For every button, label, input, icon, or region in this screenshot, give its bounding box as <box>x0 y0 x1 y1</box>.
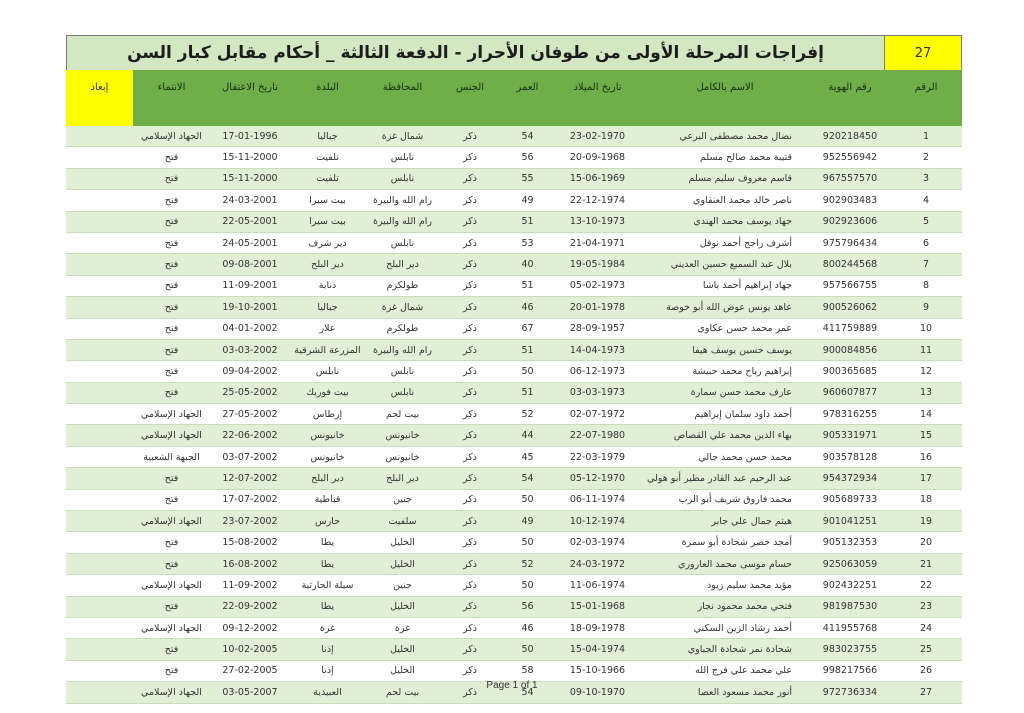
id-number-cell: 957566755 <box>810 275 890 296</box>
id-number-cell: 902903483 <box>810 190 890 211</box>
row-number-cell: 23 <box>890 596 962 617</box>
deport-cell <box>66 275 133 296</box>
row-number-cell: 25 <box>890 639 962 660</box>
gender-cell: ذكر <box>440 553 500 574</box>
town-cell: جباليا <box>290 297 365 318</box>
age-cell: 51 <box>500 339 555 360</box>
gender-cell: ذكر <box>440 382 500 403</box>
row-number-cell: 6 <box>890 232 962 253</box>
id-number-cell: 411759889 <box>810 318 890 339</box>
col-arrest-date: تاريخ الاعتقال <box>210 70 290 126</box>
id-number-cell: 998217566 <box>810 660 890 681</box>
gender-cell: ذكر <box>440 361 500 382</box>
deport-cell <box>66 639 133 660</box>
governorate-cell: الخليل <box>365 553 440 574</box>
full-name-cell: مؤيد محمد سليم زيود <box>640 575 810 596</box>
town-cell: علار <box>290 318 365 339</box>
full-name-cell: هيثم جمال علي جابر <box>640 511 810 532</box>
gender-cell: ذكر <box>440 275 500 296</box>
deport-cell <box>66 660 133 681</box>
arrest-date-cell: 09-04-2002 <box>210 361 290 382</box>
gender-cell: ذكر <box>440 596 500 617</box>
town-cell: سيلة الحارثية <box>290 575 365 596</box>
age-cell: 46 <box>500 297 555 318</box>
full-name-cell: جهاد يوسف محمد الهندي <box>640 211 810 232</box>
id-number-cell: 905331971 <box>810 425 890 446</box>
table-row: فتح04-01-2002علارطولكرمذكر6728-09-1957عم… <box>66 318 962 339</box>
row-number-cell: 24 <box>890 617 962 638</box>
full-name-cell: محمد حسن محمد جالي <box>640 446 810 467</box>
gender-cell: ذكر <box>440 660 500 681</box>
affiliation-cell: فتح <box>133 468 210 489</box>
full-name-cell: حسام موسى محمد العاروري <box>640 553 810 574</box>
age-cell: 56 <box>500 596 555 617</box>
deport-cell <box>66 254 133 275</box>
age-cell: 54 <box>500 468 555 489</box>
row-number-cell: 22 <box>890 575 962 596</box>
id-number-cell: 800244568 <box>810 254 890 275</box>
arrest-date-cell: 04-01-2002 <box>210 318 290 339</box>
id-number-cell: 975796434 <box>810 232 890 253</box>
birth-date-cell: 15-04-1974 <box>555 639 640 660</box>
birth-date-cell: 15-10-1966 <box>555 660 640 681</box>
affiliation-cell: فتح <box>133 318 210 339</box>
full-name-cell: محمد فاروق شريف أبو الرب <box>640 489 810 510</box>
row-number-cell: 8 <box>890 275 962 296</box>
affiliation-cell: فتح <box>133 254 210 275</box>
age-cell: 52 <box>500 553 555 574</box>
deport-cell <box>66 361 133 382</box>
town-cell: بيت سيرا <box>290 190 365 211</box>
birth-date-cell: 15-01-1968 <box>555 596 640 617</box>
age-cell: 49 <box>500 190 555 211</box>
full-name-cell: فتحي محمد محمود نجار <box>640 596 810 617</box>
affiliation-cell: فتح <box>133 596 210 617</box>
arrest-date-cell: 22-05-2001 <box>210 211 290 232</box>
arrest-date-cell: 17-01-1996 <box>210 126 290 147</box>
town-cell: المزرعة الشرقية <box>290 339 365 360</box>
gender-cell: ذكر <box>440 126 500 147</box>
age-cell: 56 <box>500 147 555 168</box>
id-number-cell: 920218450 <box>810 126 890 147</box>
table-row: فتح09-08-2001دير البلحدير البلحذكر4019-0… <box>66 254 962 275</box>
birth-date-cell: 02-03-1974 <box>555 532 640 553</box>
id-number-cell: 903578128 <box>810 446 890 467</box>
deport-cell <box>66 297 133 318</box>
row-number-cell: 13 <box>890 382 962 403</box>
col-gender: الجنس <box>440 70 500 126</box>
affiliation-cell: فتح <box>133 553 210 574</box>
gender-cell: ذكر <box>440 318 500 339</box>
table-row: فتح15-11-2000تلفيتنابلسذكر5515-06-1969قا… <box>66 168 962 189</box>
deport-cell <box>66 190 133 211</box>
id-number-cell: 902923606 <box>810 211 890 232</box>
affiliation-cell: فتح <box>133 190 210 211</box>
town-cell: خانيونس <box>290 425 365 446</box>
deport-cell <box>66 126 133 147</box>
age-cell: 51 <box>500 275 555 296</box>
governorate-cell: خانيونس <box>365 425 440 446</box>
birth-date-cell: 19-05-1984 <box>555 254 640 275</box>
table-row: فتح27-02-2005إذناالخليلذكر5815-10-1966عل… <box>66 660 962 681</box>
arrest-date-cell: 09-08-2001 <box>210 254 290 275</box>
table-row: فتح15-11-2000تلفيتنابلسذكر5620-09-1968قت… <box>66 147 962 168</box>
governorate-cell: رام الله والبيرة <box>365 339 440 360</box>
affiliation-cell: الجبهة الشعبية <box>133 446 210 467</box>
gender-cell: ذكر <box>440 404 500 425</box>
deport-cell <box>66 211 133 232</box>
id-number-cell: 925063059 <box>810 553 890 574</box>
town-cell: تلفيت <box>290 147 365 168</box>
town-cell: قباطية <box>290 489 365 510</box>
col-deport: إبعاد <box>66 70 133 126</box>
table-row: الجهاد الإسلامي11-09-2002سيلة الحارثيةجن… <box>66 575 962 596</box>
town-cell: بيت سيرا <box>290 211 365 232</box>
affiliation-cell: الجهاد الإسلامي <box>133 511 210 532</box>
governorate-cell: جنين <box>365 575 440 596</box>
gender-cell: ذكر <box>440 339 500 360</box>
governorate-cell: نابلس <box>365 232 440 253</box>
town-cell: يطا <box>290 553 365 574</box>
id-number-cell: 902432251 <box>810 575 890 596</box>
birth-date-cell: 22-12-1974 <box>555 190 640 211</box>
town-cell: دير شرف <box>290 232 365 253</box>
full-name-cell: جهاد إبراهيم أحمد باشا <box>640 275 810 296</box>
deport-cell <box>66 318 133 339</box>
full-name-cell: نضال محمد مصطفى البرعي <box>640 126 810 147</box>
governorate-cell: الخليل <box>365 639 440 660</box>
id-number-cell: 954372934 <box>810 468 890 489</box>
table-row: فتح10-02-2005إذناالخليلذكر5015-04-1974شح… <box>66 639 962 660</box>
affiliation-cell: فتح <box>133 211 210 232</box>
gender-cell: ذكر <box>440 254 500 275</box>
table-row: الجبهة الشعبية03-07-2002خانيونسخانيونسذك… <box>66 446 962 467</box>
full-name-cell: يوسف حسين يوسف هيفا <box>640 339 810 360</box>
deport-cell <box>66 446 133 467</box>
birth-date-cell: 03-03-1973 <box>555 382 640 403</box>
gender-cell: ذكر <box>440 617 500 638</box>
row-number-cell: 1 <box>890 126 962 147</box>
age-cell: 50 <box>500 639 555 660</box>
table-row: فتح24-03-2001بيت سيرارام الله والبيرةذكر… <box>66 190 962 211</box>
col-age: العمر <box>500 70 555 126</box>
gender-cell: ذكر <box>440 639 500 660</box>
affiliation-cell: فتح <box>133 147 210 168</box>
age-cell: 44 <box>500 425 555 446</box>
affiliation-cell: فتح <box>133 639 210 660</box>
row-number-cell: 3 <box>890 168 962 189</box>
arrest-date-cell: 03-03-2002 <box>210 339 290 360</box>
row-number-cell: 4 <box>890 190 962 211</box>
row-number-cell: 9 <box>890 297 962 318</box>
gender-cell: ذكر <box>440 232 500 253</box>
governorate-cell: دير البلح <box>365 468 440 489</box>
town-cell: دير البلح <box>290 254 365 275</box>
town-cell: غزة <box>290 617 365 638</box>
age-cell: 58 <box>500 660 555 681</box>
town-cell: حارس <box>290 511 365 532</box>
arrest-date-cell: 24-05-2001 <box>210 232 290 253</box>
deport-cell <box>66 425 133 446</box>
table-row: فتح19-10-2001جبالياشمال غزةذكر4620-01-19… <box>66 297 962 318</box>
full-name-cell: أحمد داود سلمان إبراهيم <box>640 404 810 425</box>
col-governorate: المحافظة <box>365 70 440 126</box>
gender-cell: ذكر <box>440 575 500 596</box>
town-cell: نابلس <box>290 361 365 382</box>
deport-cell <box>66 382 133 403</box>
age-cell: 40 <box>500 254 555 275</box>
table-row: الجهاد الإسلامي27-05-2002إرطاسبيت لحمذكر… <box>66 404 962 425</box>
table-row: فتح22-09-2002يطاالخليلذكر5615-01-1968فتح… <box>66 596 962 617</box>
table-row: فتح22-05-2001بيت سيرارام الله والبيرةذكر… <box>66 211 962 232</box>
birth-date-cell: 05-12-1970 <box>555 468 640 489</box>
deport-cell <box>66 553 133 574</box>
full-name-cell: بهاء الدين محمد علي القصاص <box>640 425 810 446</box>
id-number-cell: 411955768 <box>810 617 890 638</box>
arrest-date-cell: 23-07-2002 <box>210 511 290 532</box>
affiliation-cell: فتح <box>133 339 210 360</box>
birth-date-cell: 06-12-1973 <box>555 361 640 382</box>
birth-date-cell: 22-03-1979 <box>555 446 640 467</box>
gender-cell: ذكر <box>440 468 500 489</box>
arrest-date-cell: 22-06-2002 <box>210 425 290 446</box>
arrest-date-cell: 10-02-2005 <box>210 639 290 660</box>
table-row: الجهاد الإسلامي22-06-2002خانيونسخانيونسذ… <box>66 425 962 446</box>
arrest-date-cell: 15-11-2000 <box>210 147 290 168</box>
town-cell: إذنا <box>290 639 365 660</box>
full-name-cell: أحمد رشاد الزين السكني <box>640 617 810 638</box>
affiliation-cell: الجهاد الإسلامي <box>133 404 210 425</box>
arrest-date-cell: 22-09-2002 <box>210 596 290 617</box>
governorate-cell: الخليل <box>365 660 440 681</box>
deport-cell <box>66 468 133 489</box>
document-title: إفراجات المرحلة الأولى من طوفان الأحرار … <box>67 36 884 70</box>
age-cell: 53 <box>500 232 555 253</box>
arrest-date-cell: 24-03-2001 <box>210 190 290 211</box>
id-number-cell: 901041251 <box>810 511 890 532</box>
governorate-cell: الخليل <box>365 596 440 617</box>
birth-date-cell: 13-10-1973 <box>555 211 640 232</box>
deport-cell <box>66 232 133 253</box>
table-row: الجهاد الإسلامي09-12-2002غزةغزةذكر4618-0… <box>66 617 962 638</box>
id-number-cell: 978316255 <box>810 404 890 425</box>
full-name-cell: شحادة نمر شحادة الجباوي <box>640 639 810 660</box>
table-row: فتح15-08-2002يطاالخليلذكر5002-03-1974أمج… <box>66 532 962 553</box>
id-number-cell: 905689733 <box>810 489 890 510</box>
row-number-cell: 14 <box>890 404 962 425</box>
table-row: فتح09-04-2002نابلسنابلسذكر5006-12-1973إب… <box>66 361 962 382</box>
town-cell: يطا <box>290 532 365 553</box>
birth-date-cell: 15-06-1969 <box>555 168 640 189</box>
arrest-date-cell: 15-11-2000 <box>210 168 290 189</box>
gender-cell: ذكر <box>440 190 500 211</box>
affiliation-cell: فتح <box>133 382 210 403</box>
deport-cell <box>66 404 133 425</box>
row-number-cell: 17 <box>890 468 962 489</box>
governorate-cell: نابلس <box>365 168 440 189</box>
gender-cell: ذكر <box>440 425 500 446</box>
col-full-name: الاسم بالكامل <box>640 70 810 126</box>
town-cell: إذنا <box>290 660 365 681</box>
row-number-cell: 7 <box>890 254 962 275</box>
id-number-cell: 900084856 <box>810 339 890 360</box>
full-name-cell: علي محمد علي فرج الله <box>640 660 810 681</box>
age-cell: 54 <box>500 126 555 147</box>
birth-date-cell: 05-02-1973 <box>555 275 640 296</box>
full-name-cell: إبراهيم رباح محمد حبيشة <box>640 361 810 382</box>
age-cell: 49 <box>500 511 555 532</box>
age-cell: 52 <box>500 404 555 425</box>
affiliation-cell: الجهاد الإسلامي <box>133 575 210 596</box>
row-number-cell: 15 <box>890 425 962 446</box>
gender-cell: ذكر <box>440 211 500 232</box>
town-cell: ذنابة <box>290 275 365 296</box>
birth-date-cell: 11-06-1974 <box>555 575 640 596</box>
governorate-cell: نابلس <box>365 382 440 403</box>
governorate-cell: خانيونس <box>365 446 440 467</box>
governorate-cell: الخليل <box>365 532 440 553</box>
gender-cell: ذكر <box>440 532 500 553</box>
affiliation-cell: الجهاد الإسلامي <box>133 126 210 147</box>
governorate-cell: بيت لحم <box>365 404 440 425</box>
row-number-cell: 19 <box>890 511 962 532</box>
town-cell: دير البلح <box>290 468 365 489</box>
prisoners-table: إبعاد الانتماء تاريخ الاعتقال البلدة الم… <box>66 70 962 704</box>
affiliation-cell: الجهاد الإسلامي <box>133 425 210 446</box>
full-name-cell: قتيبة محمد صالح مسلم <box>640 147 810 168</box>
full-name-cell: عارف محمد حسن سمارة <box>640 382 810 403</box>
deport-cell <box>66 575 133 596</box>
table-row: فتح25-05-2002بيت فوريكنابلسذكر5103-03-19… <box>66 382 962 403</box>
col-town: البلدة <box>290 70 365 126</box>
affiliation-cell: الجهاد الإسلامي <box>133 617 210 638</box>
deport-cell <box>66 511 133 532</box>
arrest-date-cell: 11-09-2002 <box>210 575 290 596</box>
full-name-cell: قاسم معروف سليم مسلم <box>640 168 810 189</box>
governorate-cell: رام الله والبيرة <box>365 211 440 232</box>
town-cell: إرطاس <box>290 404 365 425</box>
age-cell: 55 <box>500 168 555 189</box>
gender-cell: ذكر <box>440 297 500 318</box>
full-name-cell: أشرف راجح أحمد نوفل <box>640 232 810 253</box>
town-cell: تلفيت <box>290 168 365 189</box>
affiliation-cell: فتح <box>133 275 210 296</box>
full-name-cell: عاهد يونس عوض الله أبو خوصة <box>640 297 810 318</box>
arrest-date-cell: 27-02-2005 <box>210 660 290 681</box>
full-name-cell: عبد الرحيم عبد القادر مطير أبو هولي <box>640 468 810 489</box>
total-count: 27 <box>884 36 961 70</box>
governorate-cell: غزة <box>365 617 440 638</box>
governorate-cell: سلفيت <box>365 511 440 532</box>
row-number-cell: 16 <box>890 446 962 467</box>
governorate-cell: رام الله والبيرة <box>365 190 440 211</box>
table-row: فتح11-09-2001ذنابةطولكرمذكر5105-02-1973ج… <box>66 275 962 296</box>
town-cell: خانيونس <box>290 446 365 467</box>
arrest-date-cell: 12-07-2002 <box>210 468 290 489</box>
age-cell: 46 <box>500 617 555 638</box>
birth-date-cell: 23-02-1970 <box>555 126 640 147</box>
birth-date-cell: 14-04-1973 <box>555 339 640 360</box>
deport-cell <box>66 596 133 617</box>
governorate-cell: نابلس <box>365 147 440 168</box>
full-name-cell: أمجد خضر شحادة أبو سمرة <box>640 532 810 553</box>
col-birth-date: تاريخ الميلاد <box>555 70 640 126</box>
deport-cell <box>66 532 133 553</box>
deport-cell <box>66 617 133 638</box>
age-cell: 51 <box>500 382 555 403</box>
deport-cell <box>66 339 133 360</box>
id-number-cell: 983023755 <box>810 639 890 660</box>
town-cell: بيت فوريك <box>290 382 365 403</box>
gender-cell: ذكر <box>440 147 500 168</box>
governorate-cell: طولكرم <box>365 275 440 296</box>
table-row: فتح17-07-2002قباطيةجنينذكر5006-11-1974مح… <box>66 489 962 510</box>
col-number: الرقم <box>890 70 962 126</box>
row-number-cell: 10 <box>890 318 962 339</box>
birth-date-cell: 10-12-1974 <box>555 511 640 532</box>
table-row: الجهاد الإسلامي23-07-2002حارسسلفيتذكر491… <box>66 511 962 532</box>
age-cell: 45 <box>500 446 555 467</box>
affiliation-cell: فتح <box>133 489 210 510</box>
birth-date-cell: 18-09-1978 <box>555 617 640 638</box>
deport-cell <box>66 147 133 168</box>
town-cell: جباليا <box>290 126 365 147</box>
affiliation-cell: فتح <box>133 361 210 382</box>
birth-date-cell: 06-11-1974 <box>555 489 640 510</box>
row-number-cell: 26 <box>890 660 962 681</box>
title-row: إفراجات المرحلة الأولى من طوفان الأحرار … <box>66 35 962 70</box>
governorate-cell: شمال غزة <box>365 126 440 147</box>
row-number-cell: 2 <box>890 147 962 168</box>
row-number-cell: 20 <box>890 532 962 553</box>
col-affiliation: الانتماء <box>133 70 210 126</box>
governorate-cell: شمال غزة <box>365 297 440 318</box>
birth-date-cell: 24-03-1972 <box>555 553 640 574</box>
birth-date-cell: 20-09-1968 <box>555 147 640 168</box>
age-cell: 50 <box>500 489 555 510</box>
id-number-cell: 905132353 <box>810 532 890 553</box>
arrest-date-cell: 15-08-2002 <box>210 532 290 553</box>
full-name-cell: بلال عبد السميع حسين العديني <box>640 254 810 275</box>
arrest-date-cell: 25-05-2002 <box>210 382 290 403</box>
gender-cell: ذكر <box>440 511 500 532</box>
full-name-cell: عمر محمد حسن عكاوي <box>640 318 810 339</box>
id-number-cell: 981987530 <box>810 596 890 617</box>
table-body: الجهاد الإسلامي17-01-1996جبالياشمال غزةذ… <box>66 126 962 703</box>
header-row: إبعاد الانتماء تاريخ الاعتقال البلدة الم… <box>66 70 962 126</box>
arrest-date-cell: 19-10-2001 <box>210 297 290 318</box>
deport-cell <box>66 168 133 189</box>
release-list-sheet: إفراجات المرحلة الأولى من طوفان الأحرار … <box>66 35 962 704</box>
row-number-cell: 21 <box>890 553 962 574</box>
arrest-date-cell: 09-12-2002 <box>210 617 290 638</box>
deport-cell <box>66 489 133 510</box>
table-row: فتح03-03-2002المزرعة الشرقيةرام الله وال… <box>66 339 962 360</box>
gender-cell: ذكر <box>440 489 500 510</box>
birth-date-cell: 28-09-1957 <box>555 318 640 339</box>
table-row: الجهاد الإسلامي17-01-1996جبالياشمال غزةذ… <box>66 126 962 147</box>
arrest-date-cell: 16-08-2002 <box>210 553 290 574</box>
affiliation-cell: فتح <box>133 660 210 681</box>
governorate-cell: طولكرم <box>365 318 440 339</box>
arrest-date-cell: 27-05-2002 <box>210 404 290 425</box>
arrest-date-cell: 11-09-2001 <box>210 275 290 296</box>
affiliation-cell: فتح <box>133 232 210 253</box>
row-number-cell: 11 <box>890 339 962 360</box>
birth-date-cell: 22-07-1980 <box>555 425 640 446</box>
governorate-cell: دير البلح <box>365 254 440 275</box>
affiliation-cell: فتح <box>133 532 210 553</box>
